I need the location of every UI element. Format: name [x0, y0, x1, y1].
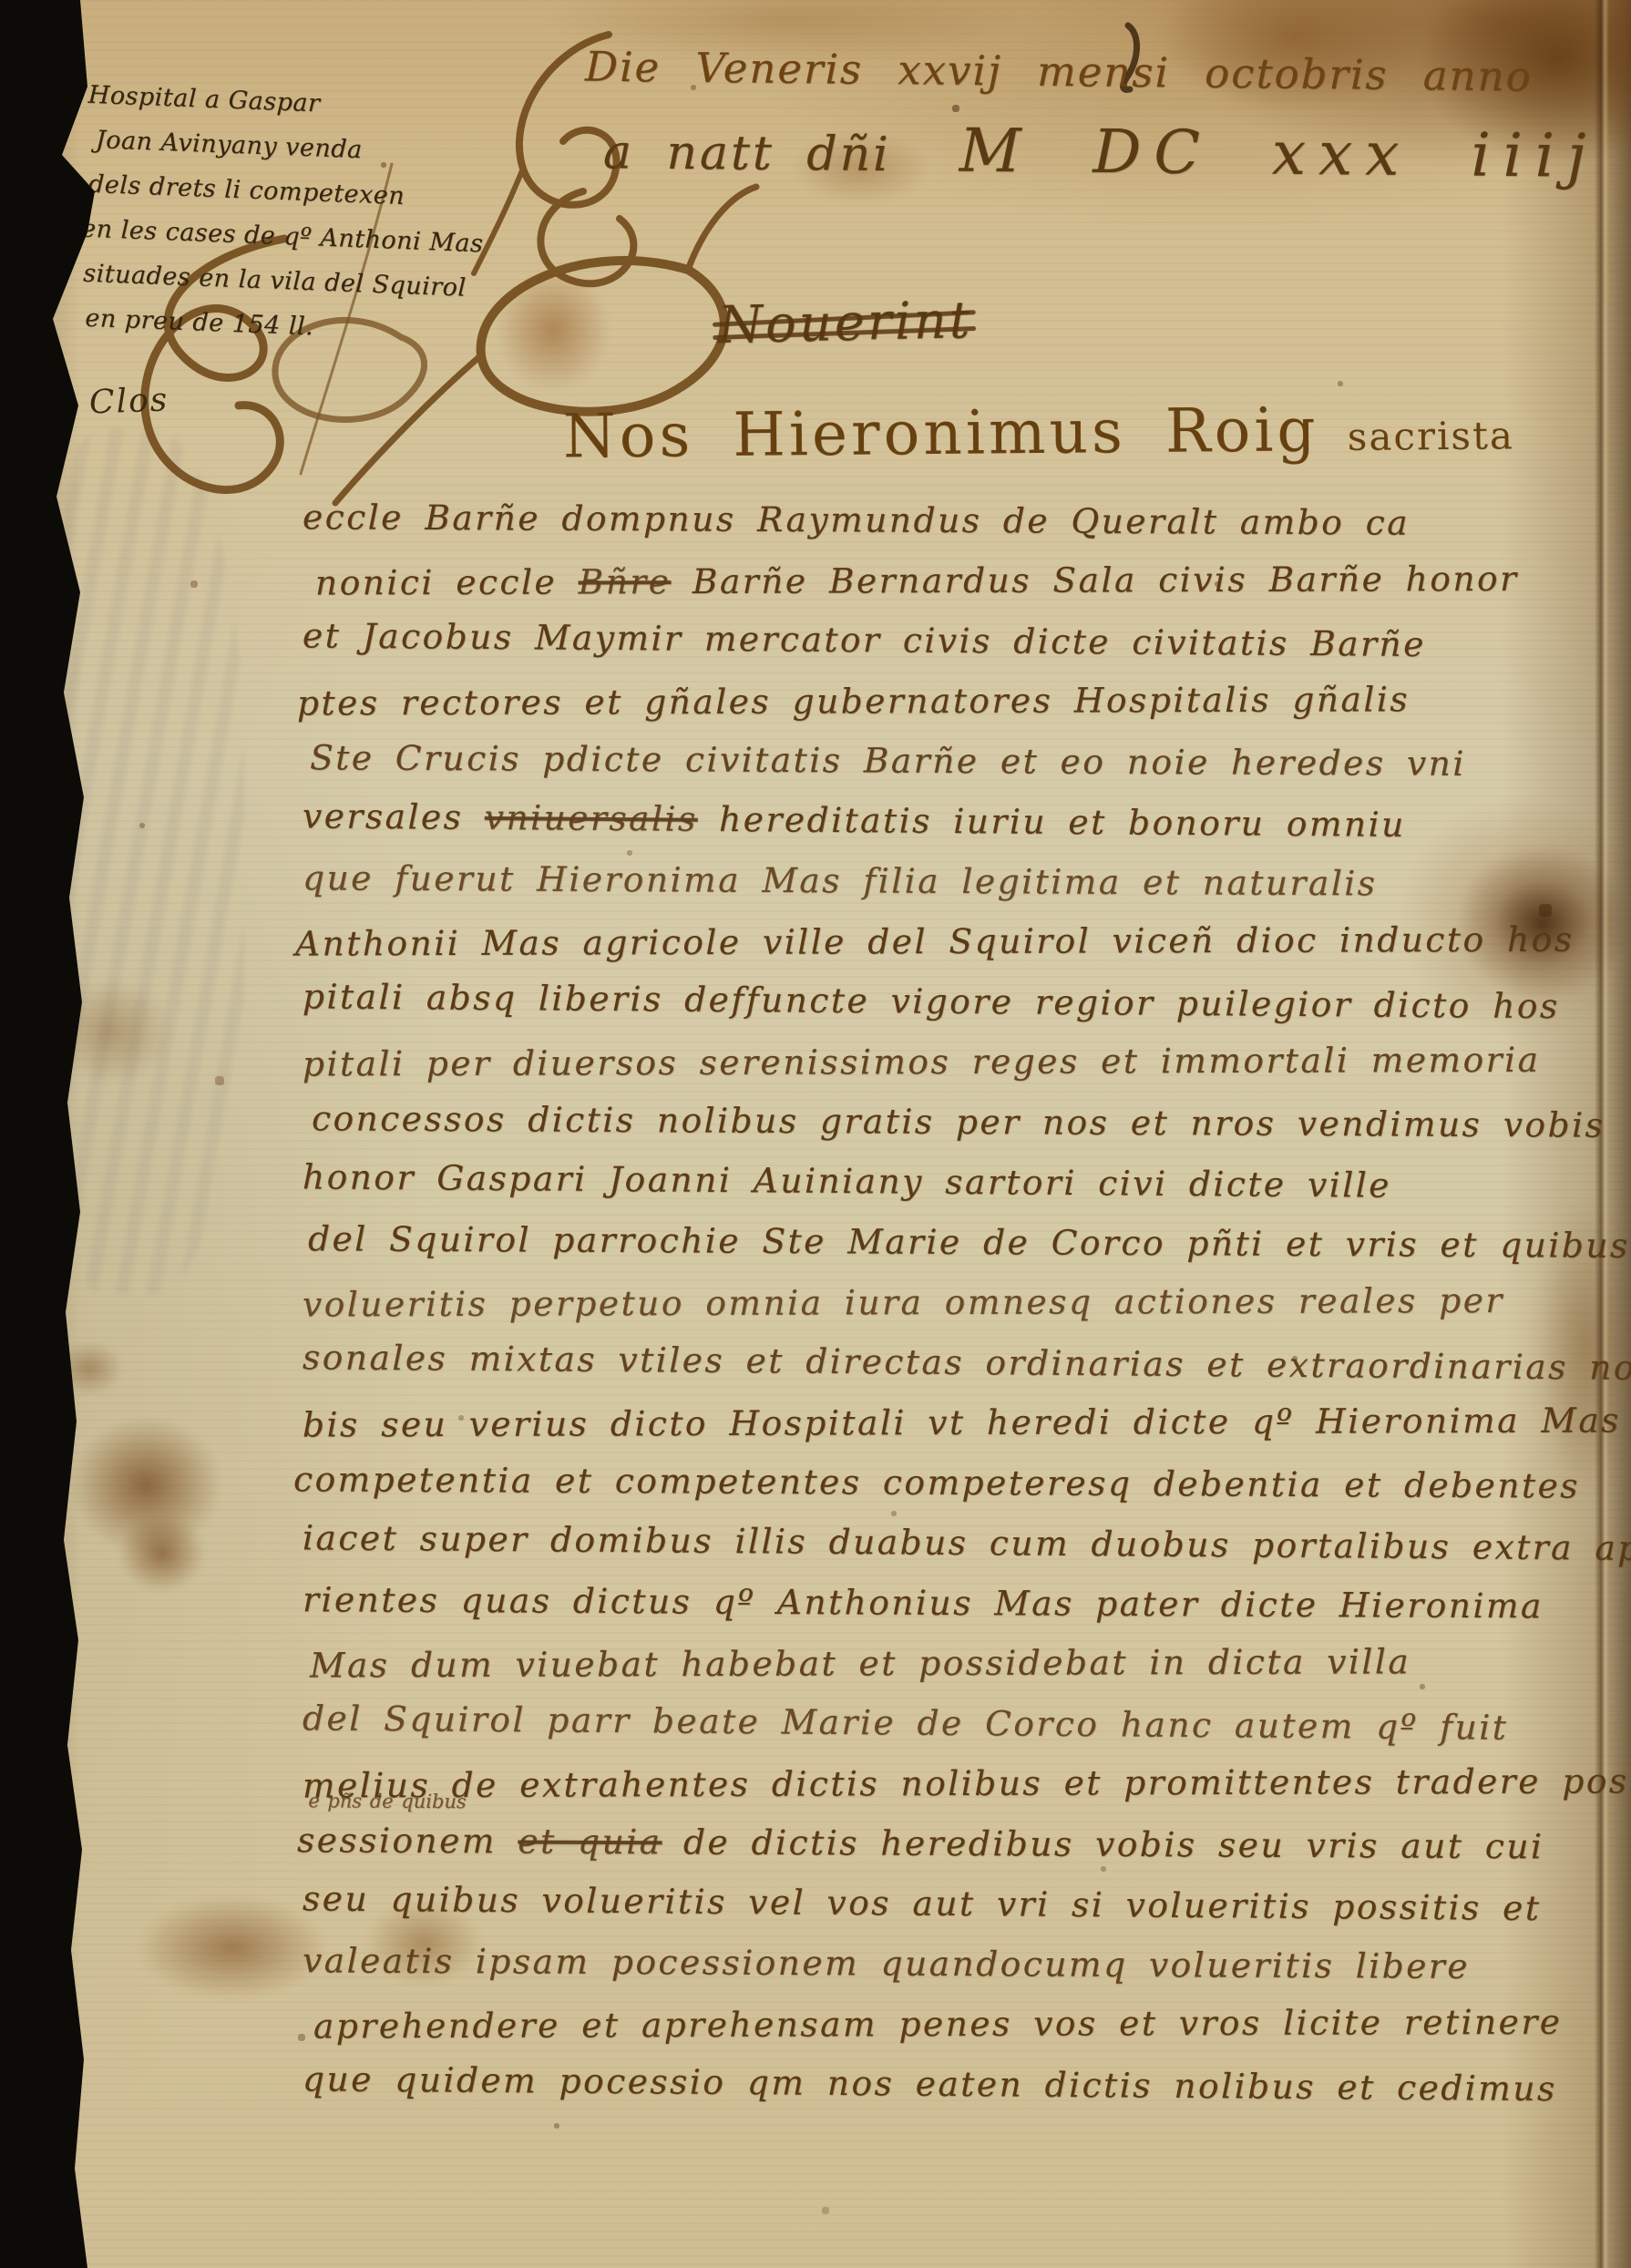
manuscript-line: competentia et competentes competeresq d…	[293, 1449, 1615, 1516]
manuscript-line: aprehendere et aprehensam penes vos et v…	[313, 1992, 1615, 2057]
initial-d-hook	[688, 187, 756, 270]
stain-left-blot-3	[55, 1341, 123, 1396]
line-text: de dictis heredibus vobis seu vris aut c…	[662, 1822, 1544, 1866]
manuscript-line: bis seu verius dicto Hospitali vt heredi…	[303, 1390, 1615, 1454]
manuscript-line: et Jacobus Maymir mercator civis dicte c…	[303, 605, 1615, 675]
manuscript-line: melius de extrahentes dictis nolibus et …	[303, 1750, 1615, 1815]
margin-note: Hospital a GasparJoan Avinyany vendadels…	[79, 73, 489, 356]
margin-closing-mark: Clos	[88, 381, 169, 421]
manuscript-line: eccle Barñe dompnus Raymundus de Queralt…	[303, 487, 1615, 554]
initial-d-oval	[481, 261, 724, 412]
interlinear-insertion: e pñs de quibus	[308, 1791, 467, 1811]
heading-year-prefix: a natt dñi	[603, 125, 891, 182]
stain-left-blot	[71, 1417, 221, 1554]
manuscript-page: Die Veneris xxvij mensi octobris anno a …	[0, 0, 1631, 2268]
manuscript-line: e pñs de quibussessionem et quia de dict…	[297, 1810, 1615, 1877]
struck-out-word: Nouerint	[717, 291, 972, 355]
manuscript-line: sonales mixtas vtiles et directas ordina…	[303, 1327, 1615, 1397]
struck-text: Bñre	[579, 561, 672, 601]
manuscript-line: Mas dum viuebat habebat et possidebat in…	[310, 1631, 1615, 1696]
heading-year-numerals: M DC xxx iiij	[959, 116, 1599, 191]
line-text: nonici eccle	[315, 561, 579, 602]
foxing-speckles	[0, 0, 2, 2]
manuscript-line: que fuerut Hieronima Mas filia legitima …	[303, 847, 1615, 915]
manuscript-line: valeatis ipsam pocessionem quandocumq vo…	[303, 1930, 1615, 1997]
stain-left-blot-2	[118, 1514, 205, 1592]
stain-bottom-left	[137, 1895, 328, 2000]
opening-names: Nos Hieronimus Roig	[563, 395, 1319, 471]
manuscript-line: Anthonii Mas agricole ville del Squirol …	[295, 908, 1615, 973]
heading-second-loop	[540, 191, 633, 283]
manuscript-line: ptes rectores et gñales gubernatores Hos…	[297, 668, 1615, 733]
manuscript-line: del Squirol parrochie Ste Marie de Corco…	[308, 1208, 1615, 1276]
manuscript-line: volueritis perpetuo omnia iura omnesq ac…	[303, 1269, 1615, 1334]
manuscript-line: pitali absq liberis deffuncte vigore reg…	[303, 966, 1615, 1036]
manuscript-line: versales vniuersalis hereditatis iuriu e…	[303, 785, 1615, 856]
stain-flourish	[497, 269, 610, 392]
struck-text: et quia	[518, 1821, 662, 1862]
manuscript-line: del Squirol parr beate Marie de Corco ha…	[303, 1688, 1615, 1758]
photo-backdrop: Die Veneris xxvij mensi octobris anno a …	[0, 0, 1631, 2268]
manuscript-line: que quidem pocessio qm nos eaten dictis …	[303, 2048, 1615, 2119]
margin-note-lines: Hospital a GasparJoan Avinyany vendadels…	[79, 73, 489, 356]
line-text: sessionem	[297, 1820, 518, 1861]
manuscript-line: pitali per diuersos serenissimos reges e…	[303, 1029, 1615, 1093]
opening-invocation: Nos Hieronimus Roig sacrista	[563, 393, 1515, 471]
manuscript-line: concessos dictis nolibus gratis per nos …	[312, 1088, 1615, 1155]
heading-year-line: a natt dñi M DC xxx iiij	[603, 112, 1599, 191]
opening-title: sacrista	[1348, 413, 1515, 459]
manuscript-line: honor Gaspari Joanni Auiniany sartori ci…	[303, 1146, 1615, 1216]
heading-date-line: Die Veneris xxvij mensi octobris anno	[585, 43, 1533, 101]
struck-text: vniuersalis	[485, 797, 698, 839]
line-text: Barñe Bernardus Sala civis Barñe honor	[671, 559, 1518, 601]
manuscript-line: iacet super domibus illis duabus cum duo…	[303, 1507, 1615, 1577]
manuscript-line: seu quibus volueritis vel vos aut vri si…	[303, 1868, 1615, 1938]
initial-d-tail	[335, 355, 481, 503]
verso-ink-showthrough	[16, 428, 244, 1294]
body-text: eccle Barñe dompnus Raymundus de Queralt…	[303, 490, 1615, 2114]
manuscript-line: nonici eccle Bñre Barñe Bernardus Sala c…	[315, 549, 1615, 613]
line-text: hereditatis iuriu et bonoru omniu	[698, 799, 1406, 845]
line-text: versales	[303, 795, 485, 837]
manuscript-line: Ste Crucis pdicte civitatis Barñe et eo …	[310, 727, 1615, 794]
manuscript-line: rientes quas dictus qº Anthonius Mas pat…	[303, 1569, 1615, 1637]
